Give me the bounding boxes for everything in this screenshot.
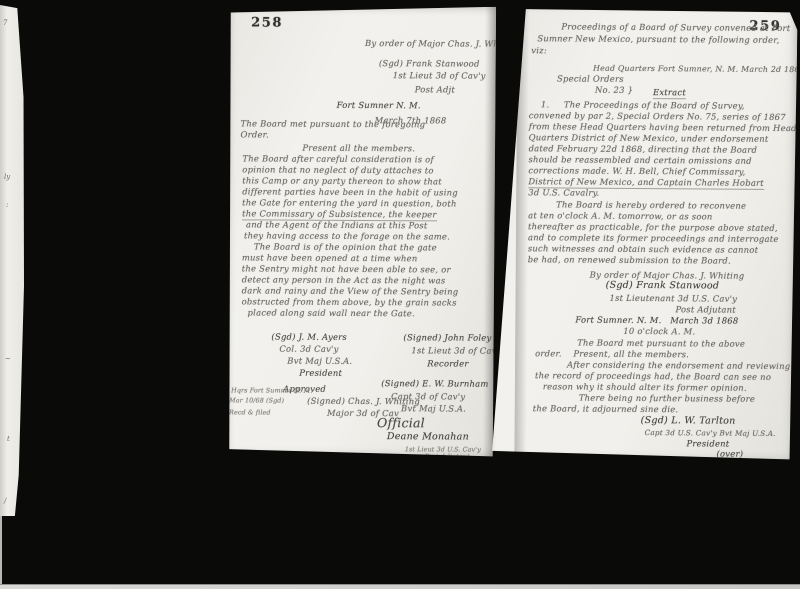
manuscript-line: By order of Major Chas. J. Whiting <box>365 38 520 49</box>
manuscript-line: Head Quarters Fort Sumner, N. M. March 2… <box>593 64 800 75</box>
signature-line: Deane Monahan <box>387 432 469 442</box>
margin-note-line: Recd & filed <box>229 407 271 417</box>
signature-line: 1st Lieut 3d of Cav'y <box>411 345 504 355</box>
signature-line: (Signed) E. W. Burnham <box>381 378 488 389</box>
signature-line: (Signed) John Foley <box>403 332 491 342</box>
manuscript-line: corrections made. W. H. Bell, Chief Comm… <box>528 165 745 177</box>
manuscript-line: Proceedings of a Board of Survey convene… <box>561 21 790 33</box>
signature-line: Capt 3d U.S. Cav'y Bvt Maj U.S.A. <box>645 428 776 439</box>
manuscript-line: Fort Sumner N. M. <box>337 100 421 110</box>
manuscript-line: Fort Sumner. N. M. March 3d 1868 <box>575 315 738 326</box>
manuscript-line: The Board is hereby ordered to reconvene <box>556 199 746 210</box>
signature-line: Recorder <box>427 358 468 368</box>
signature-line: (Sgd) L. W. Tarlton <box>641 416 736 427</box>
manuscript-fragment: : <box>6 201 8 209</box>
manuscript-line: order. Present, all the members. <box>535 348 689 359</box>
manuscript-line: 3d U.S. Cavalry. <box>528 187 599 197</box>
over-note: (over) <box>716 449 743 459</box>
manuscript-line: reason why it should alter its former op… <box>543 381 747 392</box>
manuscript-line: must have been opened at a time when <box>242 252 418 263</box>
signature-line: (Sgd) J. M. Ayers <box>271 332 347 342</box>
manuscript-line: (Sgd) Frank Stanwood <box>379 58 480 69</box>
manuscript-line: 1st Lieutenant 3d U.S. Cav'y <box>610 293 738 304</box>
manuscript-line: the record of proceedings had, the Board… <box>535 370 771 382</box>
manuscript-line: Quarters District of New Mexico, under e… <box>529 132 769 144</box>
manuscript-line: The Board met pursuant to the foregoing <box>241 118 426 129</box>
manuscript-line: should be reassembled and certain omissi… <box>528 154 751 166</box>
manuscript-fragment: / <box>4 497 6 505</box>
manuscript-line: convened by par 2, Special Orders No. 75… <box>529 110 786 122</box>
manuscript-line: and to complete its former proceedings a… <box>528 232 779 244</box>
manuscript-line: 1. The Proceedings of the Board of Surve… <box>541 99 745 110</box>
manuscript-line: the Sentry might not have been able to s… <box>242 263 451 274</box>
manuscript-line: Sumner New Mexico, pursuant to the follo… <box>537 33 779 45</box>
manuscript-fragment: ly <box>4 173 10 181</box>
manuscript-line: Post Adjt <box>415 84 455 94</box>
manuscript-line: The Board after careful consideration is… <box>242 153 434 164</box>
manuscript-fragment: ~ <box>5 355 11 363</box>
manuscript-line: different parties have been in the habit… <box>242 186 458 197</box>
manuscript-line: Post Adjutant <box>675 304 736 314</box>
manuscript-line: thereafter as practicable, for the purpo… <box>528 221 778 233</box>
manuscript-line: The Board met pursuant to the above <box>577 338 745 349</box>
manuscript-line: Extract <box>653 87 686 99</box>
manuscript-line: placed along said wall near the Gate. <box>248 307 415 318</box>
manuscript-line: No. 23 } <box>595 85 633 95</box>
manuscript-line: and the Agent of the Indians at this Pos… <box>246 219 428 230</box>
manuscript-line: from these Head Quarters having been ret… <box>529 121 797 133</box>
book-scan: { "lp": { "num": "258", "hdr": [ "By ord… <box>0 0 800 589</box>
signature-line: (Signed) Chas. J. Whiting <box>307 396 420 407</box>
margin-note-line: Hqrs Fort Sumner N. M. <box>231 385 312 395</box>
margin-note-line: Mar 10/68 (Sgd) <box>229 395 284 405</box>
right-page: 259 Proceedings of a Board of Survey con… <box>488 3 797 463</box>
previous-page-edge: 7 ly : ~ t / <box>0 5 24 516</box>
manuscript-line: viz: <box>531 45 547 55</box>
manuscript-line: obstructed from them above, by the grain… <box>242 296 457 307</box>
manuscript-line: dated February 22d 1868, directing that … <box>529 143 758 155</box>
manuscript-line: at ten o'clock A. M. tomorrow, or as soo… <box>528 210 713 221</box>
manuscript-line: be had, on renewed submission to the Boa… <box>528 254 731 265</box>
manuscript-line: the Board, it adjourned sine die. <box>533 403 679 414</box>
manuscript-line: 10 o'clock A. M. <box>623 326 695 337</box>
manuscript-line: 1st Lieut 3d of Cav'y <box>393 70 486 80</box>
manuscript-line: such witnesses and obtain such evidence … <box>528 243 758 255</box>
signature-line: Official <box>377 418 425 428</box>
signature-line: (Sgd) Frank Stanwood <box>606 281 720 292</box>
signature-line: Bvt Maj U.S.A. <box>287 356 352 366</box>
manuscript-line: The Board is of the opinion that the gat… <box>254 241 437 252</box>
manuscript-line: detect any person in the Act as the nigh… <box>242 274 446 285</box>
manuscript-line: Special Orders <box>557 73 624 83</box>
signature-line: President <box>299 368 342 378</box>
manuscript-line: There being no further business before <box>579 393 755 404</box>
manuscript-line: dark and rainy and the View of the Sentr… <box>242 285 459 296</box>
left-page-number: 258 <box>251 15 283 30</box>
signature-line: Col. 3d Cav'y <box>279 344 338 354</box>
manuscript-line: they having access to the forage on the … <box>244 230 450 241</box>
manuscript-line: this Camp or any party thereon to show t… <box>242 175 442 186</box>
manuscript-fragment: t <box>7 435 10 443</box>
manuscript-fragment: 7 <box>3 19 7 27</box>
manuscript-line: opinion that no neglect of duty attaches… <box>242 164 433 175</box>
left-page: 258 By order of Major Chas. J. Whiting (… <box>227 5 497 458</box>
manuscript-line: Present all the members. <box>302 143 415 154</box>
manuscript-line: Order. <box>240 129 268 139</box>
scanner-edge-left <box>0 516 2 584</box>
manuscript-line: the Gate for entering the yard in questi… <box>242 197 457 208</box>
signature-line: President <box>686 438 729 448</box>
manuscript-line: After considering the endorsement and re… <box>567 359 790 371</box>
scanner-edge-bottom <box>0 584 800 589</box>
signature-line: Post Adjutant <box>425 451 470 461</box>
